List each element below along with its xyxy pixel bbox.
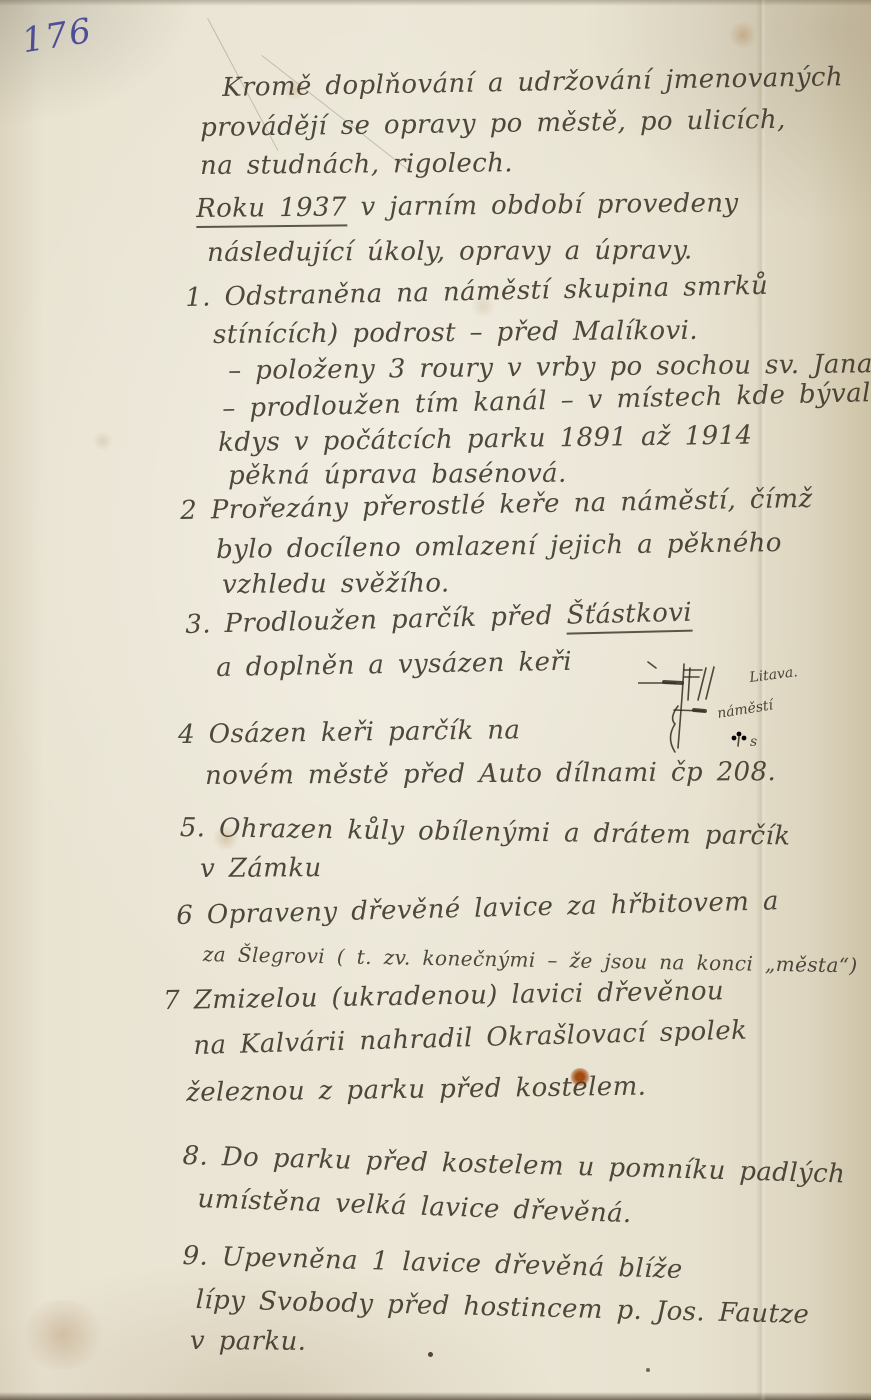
manuscript-scan: { "page_number": "176", "ink_color": "#3… xyxy=(0,0,871,1400)
handwritten-line: v parku. xyxy=(190,1328,307,1355)
handwritten-line: bylo docíleno omlazení jejich a pěkného xyxy=(216,530,782,563)
bridge-slash-icon xyxy=(706,667,714,699)
handwritten-line: vzhledu svěžího. xyxy=(222,570,450,598)
handwritten-line: železnou z parku před kostelem. xyxy=(186,1074,646,1106)
line-rest: v jarním období provedeny xyxy=(347,188,739,222)
sketch-label-mark: s xyxy=(750,734,757,750)
sketch-road xyxy=(678,664,684,748)
sketch-brace xyxy=(671,706,679,752)
sketch-tick xyxy=(648,662,656,668)
handwritten-line: v Zámku xyxy=(200,855,322,882)
handwritten-line: – položeny 3 roury v vrby po sochou sv. … xyxy=(228,351,871,384)
handwritten-line: na studnách, rigolech. xyxy=(200,150,513,179)
page-top-edge-shadow xyxy=(0,0,871,6)
handwritten-line: stínících) podrost – před Malíkovi. xyxy=(213,318,698,348)
map-sketch: Litava. náměstí s xyxy=(638,648,848,768)
bridge-slash-icon xyxy=(698,668,706,700)
sketch-label-square: náměstí xyxy=(716,697,776,722)
handwritten-line: následující úkoly, opravy a úpravy. xyxy=(207,237,693,266)
handwritten-line: a doplněn a vysázen keři xyxy=(216,649,572,681)
handwritten-line: provádějí se opravy po městě, po ulicích… xyxy=(200,107,786,141)
handwritten-line: kdys v počátcích parku 1891 až 1914 xyxy=(218,423,753,456)
sketch-road2 xyxy=(688,668,690,700)
arrow-icon xyxy=(664,682,682,683)
arrow-icon xyxy=(694,710,705,711)
handwritten-line: Roku 1937 v jarním období provedeny xyxy=(196,190,739,222)
underlined-name: Šťástkovi xyxy=(566,598,692,635)
sketch-label-river: Litava. xyxy=(748,664,799,686)
underlined-year: Roku 1937 xyxy=(196,192,347,228)
handwritten-line: pěkná úprava basénová. xyxy=(228,461,567,489)
handwritten-line: 4 Osázen keři parčík na xyxy=(178,717,520,748)
page-bottom-edge-shadow xyxy=(0,1392,871,1400)
clover-mark-icon xyxy=(732,732,747,746)
